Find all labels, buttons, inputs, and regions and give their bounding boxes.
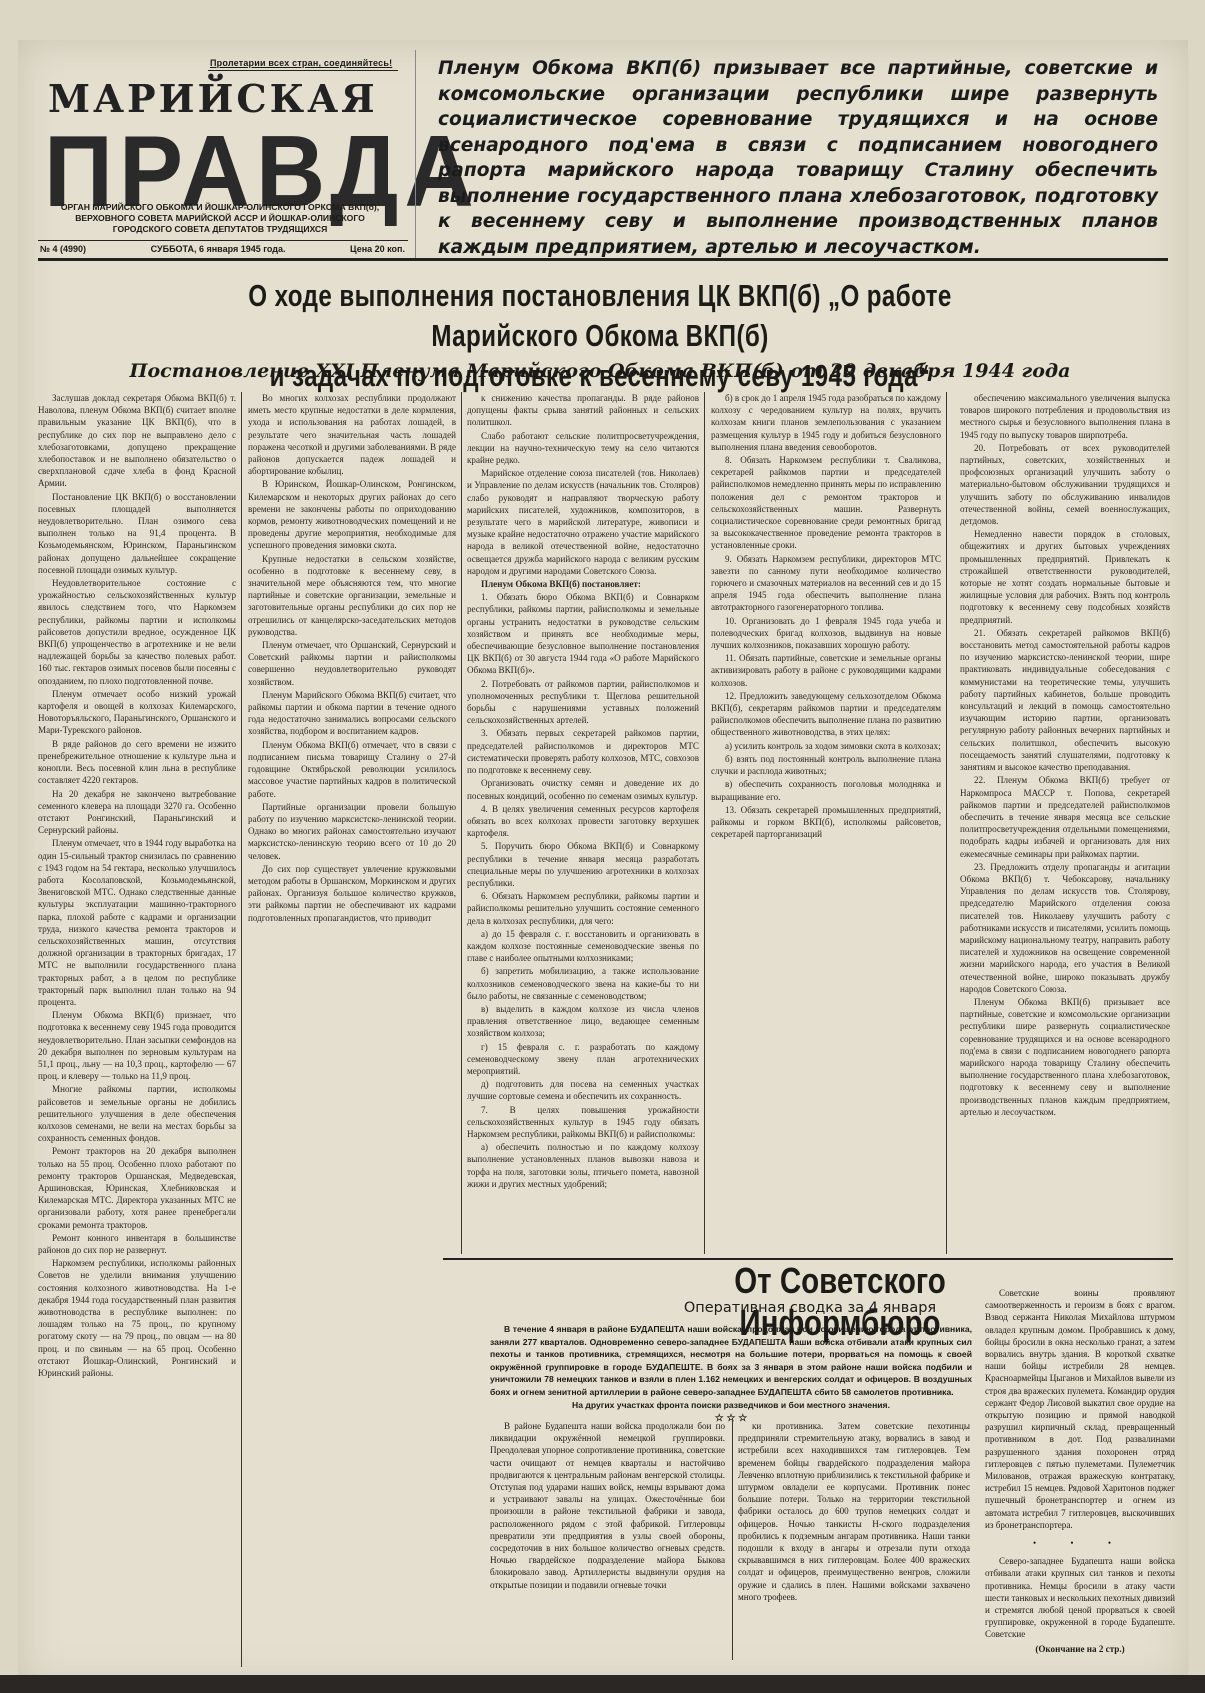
article-paragraph: 5. Поручить бюро Обкома ВКП(б) и Совнарк… [467,840,699,889]
article-paragraph: До сих пор существует увлечение кружковы… [248,863,456,924]
organ-line-2: ВЕРХОВНОГО СОВЕТА МАРИЙСКОЙ АССР И ЙОШКА… [40,213,400,224]
headline-subtitle: Постановление XXI Пленума Марийского Обк… [120,360,1080,382]
article-paragraph: а) усилить контроль за ходом зимовки ско… [711,740,941,752]
masthead-organ-line: ОРГАН МАРИЙСКОГО ОБКОМА И ЙОШКАР-ОЛИНСКО… [40,202,400,235]
article-paragraph: 6. Обязать Наркомзем республики, райкомы… [467,890,699,927]
article-paragraph: б) в срок до 1 апреля 1945 года разобрат… [711,392,941,453]
article-paragraph: Неудовлетворительное состояние с урожайн… [38,577,236,687]
report-paragraph: ки противника. Затем советские пехотинцы… [738,1420,970,1603]
article-paragraph: На 20 декабря не закончено вытребование … [38,788,236,837]
article-paragraph: В ряде районов до сего времени не изжито… [38,738,236,787]
article-column: Во многих колхозах республики продолжают… [248,392,456,1667]
article-column: обеспечению максимального увеличения вып… [960,392,1170,1254]
article-paragraph: Ремонт тракторов на 20 декабря выполнен … [38,1145,236,1230]
slogan-rule [208,70,398,71]
plenum-appeal: Пленум Обкома ВКП(б) призывает все парти… [438,56,1158,260]
article-column: к снижению качества пропаганды. В ряде р… [467,392,699,1254]
issue-bar: № 4 (4990) СУББОТА, 6 января 1945 года. … [40,244,405,254]
article-paragraph: В Юринском, Йошкар-Олинском, Ронгинском,… [248,478,456,551]
column-divider [461,392,462,1254]
article-paragraph: г) 15 февраля с. г. разработать по каждо… [467,1041,699,1078]
article-paragraph: Ремонт конного инвентаря в большинстве р… [38,1232,236,1256]
article-paragraph: Пленум отмечает особо низкий урожай карт… [38,688,236,737]
article-paragraph: 9. Обязать Наркомзем республики, директо… [711,553,941,614]
column-divider [732,1420,733,1660]
article-paragraph: а) до 15 февраля с. г. восстановить и ор… [467,928,699,965]
article-paragraph: 22. Пленум Обкома ВКП(б) требует от Нарк… [960,774,1170,859]
column-divider [241,392,242,1667]
article-paragraph: 8. Обязать Наркомзем республики т. Свали… [711,454,941,552]
article-paragraph: Слабо работают сельские политпросветучре… [467,430,699,467]
sovinformburo-bulletin: В течение 4 января в районе БУДАПЕШТА на… [490,1323,972,1428]
bulletin-paragraph: В течение 4 января в районе БУДАПЕШТА на… [490,1323,972,1399]
article-paragraph: Партийные организации провели большую ра… [248,801,456,862]
issue-date: СУББОТА, 6 января 1945 года. [151,244,286,254]
article-column: б) в срок до 1 апреля 1945 года разобрат… [711,392,941,1254]
article-paragraph: Многие райкомы партии, исполкомы райсове… [38,1083,236,1144]
masthead-title-top: МАРИЙСКАЯ [48,76,378,121]
article-paragraph: 11. Обязать партийные, советские и земел… [711,652,941,689]
article-paragraph: обеспечению максимального увеличения вып… [960,392,1170,441]
article-paragraph: 3. Обязать первых секретарей райкомов па… [467,727,699,776]
sovinformburo-subtitle: Оперативная сводка за 4 января [640,1300,980,1316]
article-paragraph: Крупные недостатки в сельском хозяйстве,… [248,553,456,638]
article-paragraph: к снижению качества пропаганды. В ряде р… [467,392,699,429]
article-paragraph: 10. Организовать до 1 февраля 1945 года … [711,615,941,652]
article-paragraph: Марийское отделение союза писателей (тов… [467,467,699,577]
article-paragraph: 23. Предложить отделу пропаганды и агита… [960,861,1170,995]
organ-line-1: ОРГАН МАРИЙСКОГО ОБКОМА И ЙОШКАР-ОЛИНСКО… [40,202,400,213]
masthead-rule-top [38,240,408,241]
sovinformburo-column-c: Советские воины проявляют самоотверженно… [985,1287,1175,1655]
masthead-slogan: Пролетарии всех стран, соединяйтесь! [210,58,392,68]
article-column: Заслушав доклад секретаря Обкома ВКП(б) … [38,392,236,1667]
bulletin-paragraph: На других участках фронта поиски разведч… [490,1399,972,1412]
article-paragraph: а) обеспечить полностью и по каждому кол… [467,1141,699,1190]
issue-price: Цена 20 коп. [350,244,405,254]
article-paragraph: Пленум Обкома ВКП(б) постановляет: [467,578,699,590]
article-paragraph: Пленум Обкома ВКП(б) отмечает, что в свя… [248,739,456,800]
article-paragraph: б) запретить мобилизацию, а также исполь… [467,965,699,1002]
article-paragraph: Пленум отмечает, что Оршанский, Сернурск… [248,639,456,688]
report-paragraph: В районе Будапешта наши войска продолжал… [490,1420,725,1591]
article-paragraph: Пленум Обкома ВКП(б) признает, что подго… [38,1009,236,1082]
article-paragraph: 7. В целях повышения урожайности сельско… [467,1104,699,1141]
organ-line-3: ГОРОДСКОГО СОВЕТА ДЕПУТАТОВ ТРУДЯЩИХСЯ [40,224,400,235]
article-paragraph: Во многих колхозах республики продолжают… [248,392,456,477]
sovinformburo-column-a: В районе Будапешта наши войска продолжал… [490,1420,725,1591]
article-paragraph: Пленум Марийского Обкома ВКП(б) считает,… [248,689,456,738]
article-paragraph: Наркомзем республики, исполкомы районных… [38,1257,236,1379]
article-paragraph: в) выделить в каждом колхозе из числа чл… [467,1003,699,1040]
article-paragraph: 2. Потребовать от райкомов партии, райис… [467,678,699,727]
article-paragraph: Организовать очистку семян и доведение и… [467,777,699,801]
issue-number: № 4 (4990) [40,244,86,254]
article-paragraph: Немедленно навести порядок в столовых, о… [960,528,1170,626]
article-paragraph: 4. В целях увеличения семенных ресурсов … [467,803,699,840]
article-paragraph: Заслушав доклад секретаря Обкома ВКП(б) … [38,392,236,490]
column-divider [946,392,947,1254]
column-divider [704,392,705,1254]
article-paragraph: 21. Обязать секретарей райкомов ВКП(б) в… [960,627,1170,773]
article-paragraph: 1. Обязать бюро Обкома ВКП(б) и Совнарко… [467,591,699,676]
dot-separator: • • • [985,1537,1175,1549]
article-paragraph: Пленум Обкома ВКП(б) призывает все парти… [960,996,1170,1118]
continued-note: (Окончание на 2 стр.) [985,1643,1175,1655]
headline-line-1: О ходе выполнения постановления ЦК ВКП(б… [187,276,1014,356]
report-paragraph: Северо-западнее Будапешта наши войска от… [985,1555,1175,1640]
article-paragraph: 13. Обязать секретарей промышленных пред… [711,804,941,841]
article-paragraph: 20. Потребовать от всех руководителей па… [960,442,1170,527]
article-paragraph: б) взять под постоянный контроль выполне… [711,753,941,777]
article-paragraph: в) обеспечить сохранность поголовья моло… [711,778,941,802]
page-edge [0,1675,1205,1693]
article-paragraph: д) подготовить для посева на семенных уч… [467,1078,699,1102]
report-paragraph: Советские воины проявляют самоотверженно… [985,1287,1175,1531]
sovinformburo-column-b: ки противника. Затем советские пехотинцы… [738,1420,970,1603]
article-paragraph: Постановление ЦК ВКП(б) о восстановлении… [38,491,236,576]
article-paragraph: 12. Предложить заведующему сельхозотдело… [711,690,941,739]
appeal-divider [415,50,416,258]
article-paragraph: Пленум отмечает, что в 1944 году выработ… [38,837,236,1008]
